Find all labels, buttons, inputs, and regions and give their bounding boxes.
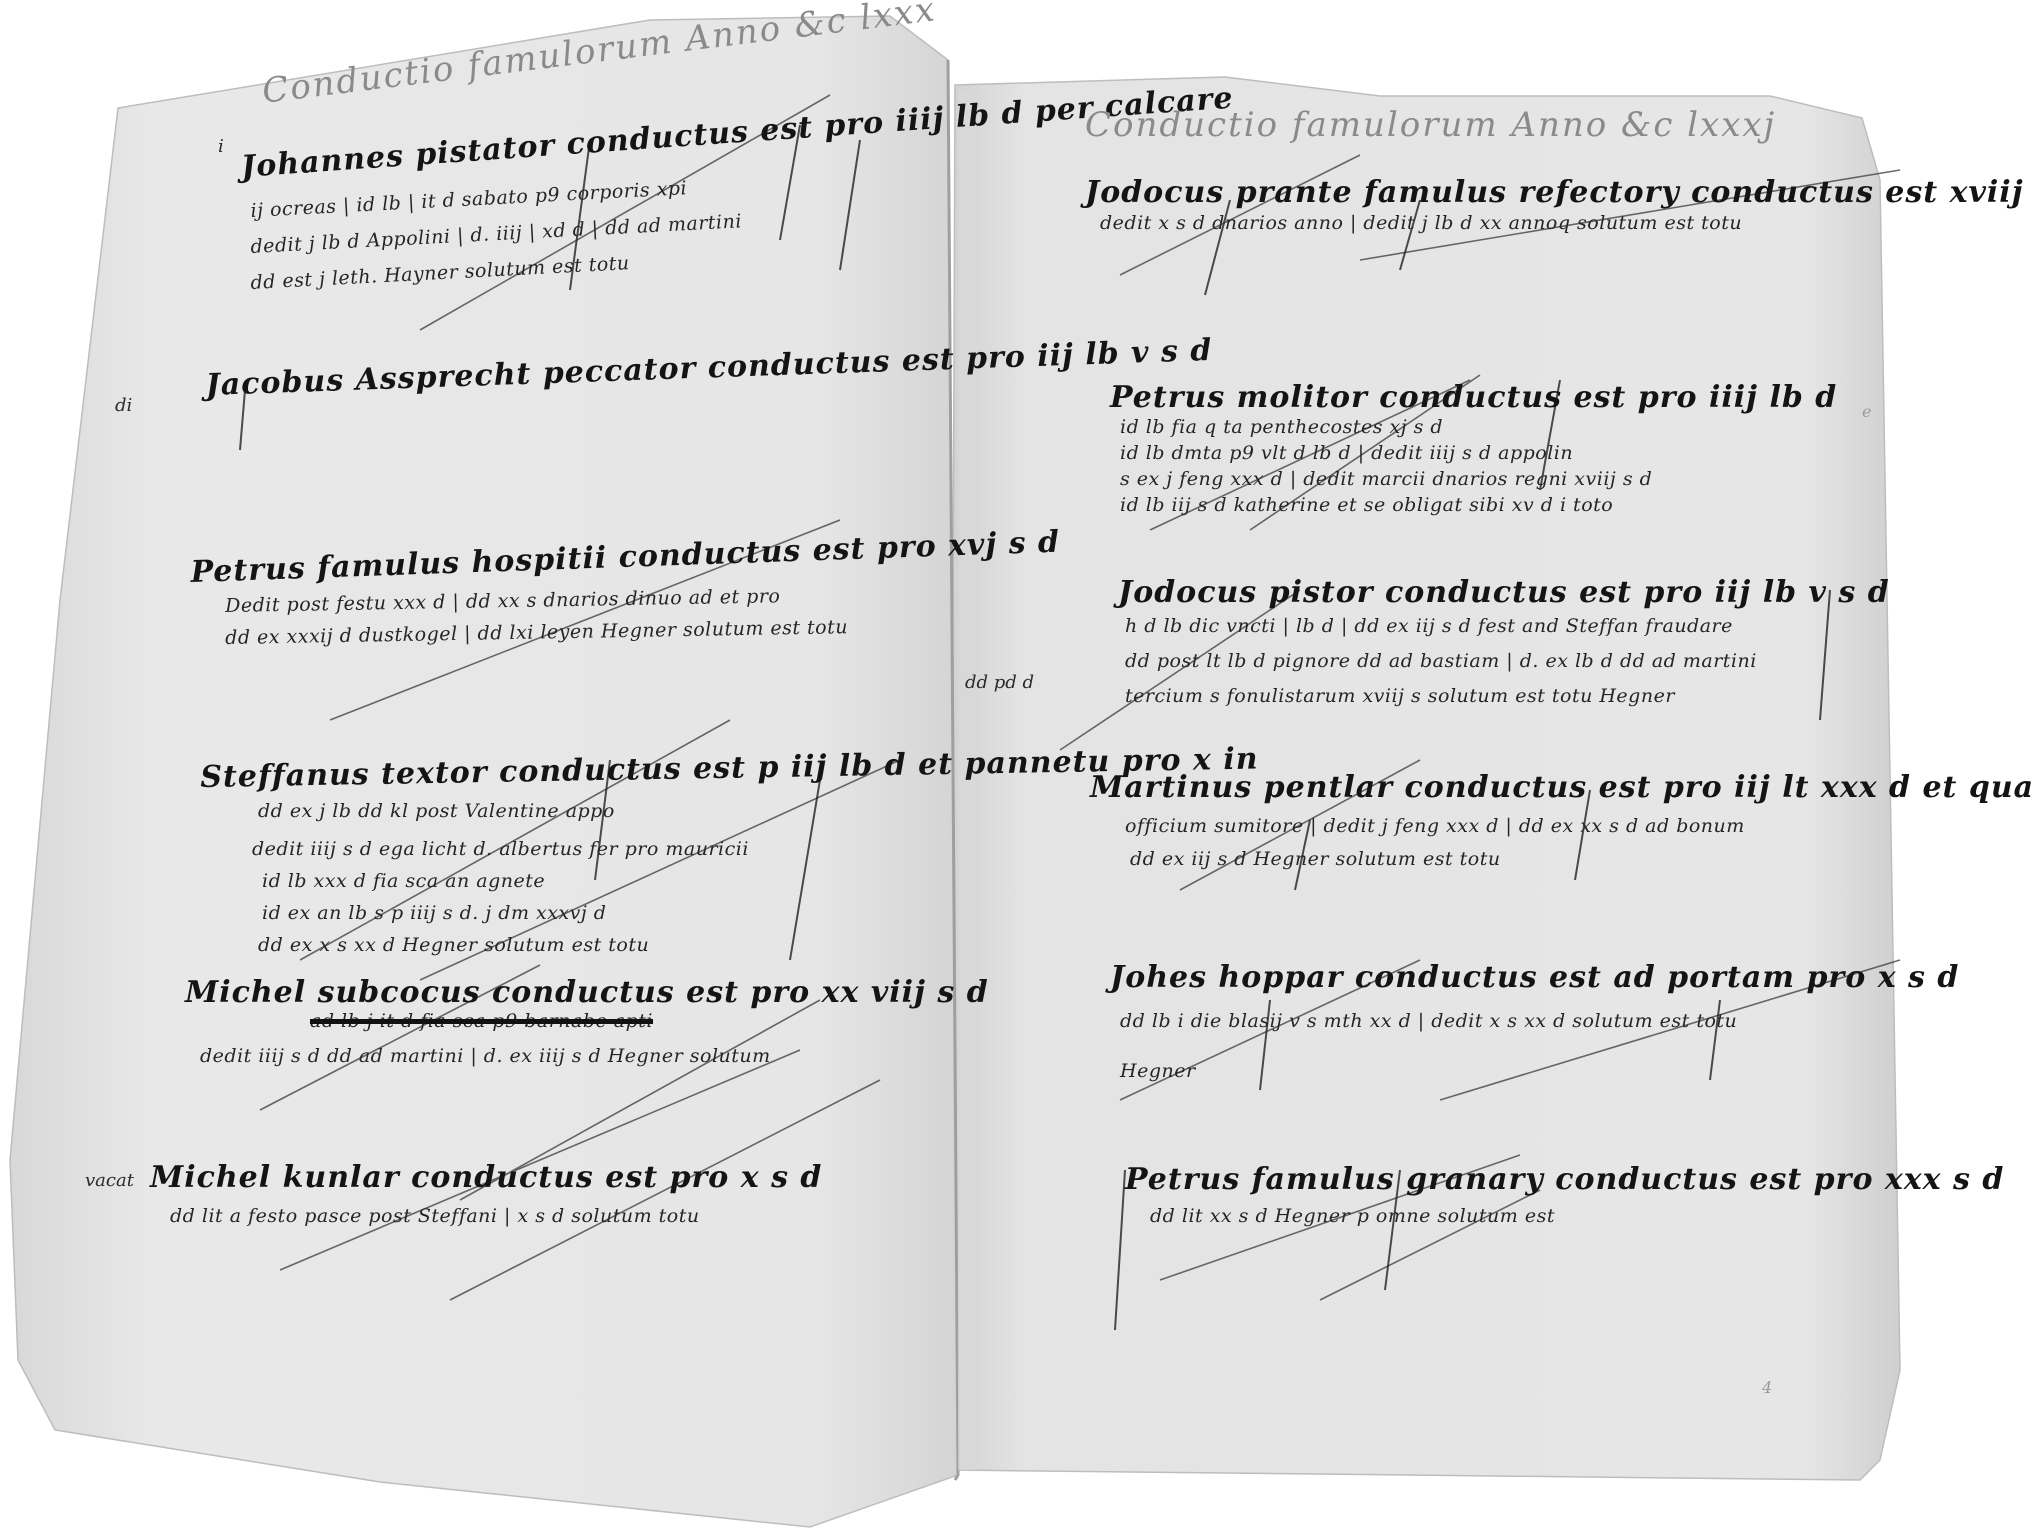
entry-line: id lb iij s d katherine et se obligat si… bbox=[1120, 494, 1613, 516]
entry-line: dd post lt lb d pignore dd ad bastiam | … bbox=[1125, 650, 1757, 672]
entry-line: dd ex j lb dd kl post Valentine appo bbox=[258, 800, 615, 822]
entry-line: s ex j feng xxx d | dedit marcii dnarios… bbox=[1120, 468, 1652, 490]
entry-line: tercium s fonulistarum xviij s solutum e… bbox=[1125, 685, 1675, 707]
manuscript-photo: Conductio famulorum Anno &c lxxx i Johan… bbox=[0, 0, 2032, 1539]
entry-line: dedit iiij s d ega licht d. albertus fer… bbox=[252, 838, 749, 860]
entry-line: h d lb dic vncti | lb d | dd ex iij s d … bbox=[1125, 615, 1733, 637]
margin-note: dd pd d bbox=[965, 672, 1034, 693]
struck-line: ad lb j it d fia sca p9 barnabe apti bbox=[310, 1010, 653, 1032]
margin-note: i bbox=[218, 136, 224, 157]
margin-note-vacat: vacat bbox=[85, 1170, 134, 1191]
entry-first-line: Petrus famulus granary conductus est pro… bbox=[1125, 1162, 2004, 1197]
entry-line: dd lit xx s d Hegner p omne solutum est bbox=[1150, 1205, 1555, 1227]
margin-note: di bbox=[115, 395, 132, 416]
folio-number: 4 bbox=[1762, 1378, 1772, 1397]
entry-first-line: Michel subcocus conductus est pro xx vii… bbox=[185, 975, 989, 1010]
entry-line: id lb xxx d fia sca an agnete bbox=[262, 870, 545, 892]
entry-first-line: Petrus molitor conductus est pro iiij lb… bbox=[1110, 380, 1837, 415]
entry-line: Hegner bbox=[1120, 1060, 1196, 1082]
entry-line: dedit x s d dnarios anno | dedit j lb d … bbox=[1100, 212, 1742, 234]
folio-mark: e bbox=[1862, 402, 1871, 421]
right-page-heading: Conductio famulorum Anno &c lxxxj bbox=[1085, 105, 1776, 145]
entry-line: id lb dmta p9 vlt d lb d | dedit iiij s … bbox=[1120, 442, 1573, 464]
entry-first-line: Michel kunlar conductus est pro x s d bbox=[150, 1160, 822, 1195]
entry-line: dd ex iij s d Hegner solutum est totu bbox=[1130, 848, 1501, 870]
entry-line: id lb fia q ta penthecostes xj s d bbox=[1120, 416, 1443, 438]
entry-line: officium sumitore | dedit j feng xxx d |… bbox=[1125, 815, 1745, 837]
entry-first-line: Jodocus pistor conductus est pro iij lb … bbox=[1118, 575, 1890, 610]
entry-line: id ex an lb s p iiij s d. j dm xxxvj d bbox=[262, 902, 606, 924]
entry-line: dedit iiij s d dd ad martini | d. ex iii… bbox=[200, 1045, 771, 1067]
entry-first-line: Martinus pentlar conductus est pro iij l… bbox=[1090, 770, 2032, 805]
entry-line: dd ex x s xx d Hegner solutum est totu bbox=[258, 934, 649, 956]
entry-first-line: Jodocus prante famulus refectory conduct… bbox=[1085, 175, 2032, 210]
entry-line: dd lit a festo pasce post Steffani | x s… bbox=[170, 1205, 700, 1227]
entry-first-line: Johes hoppar conductus est ad portam pro… bbox=[1110, 960, 1959, 995]
entry-line: dd lb i die blasij v s mth xx d | dedit … bbox=[1120, 1010, 1737, 1032]
